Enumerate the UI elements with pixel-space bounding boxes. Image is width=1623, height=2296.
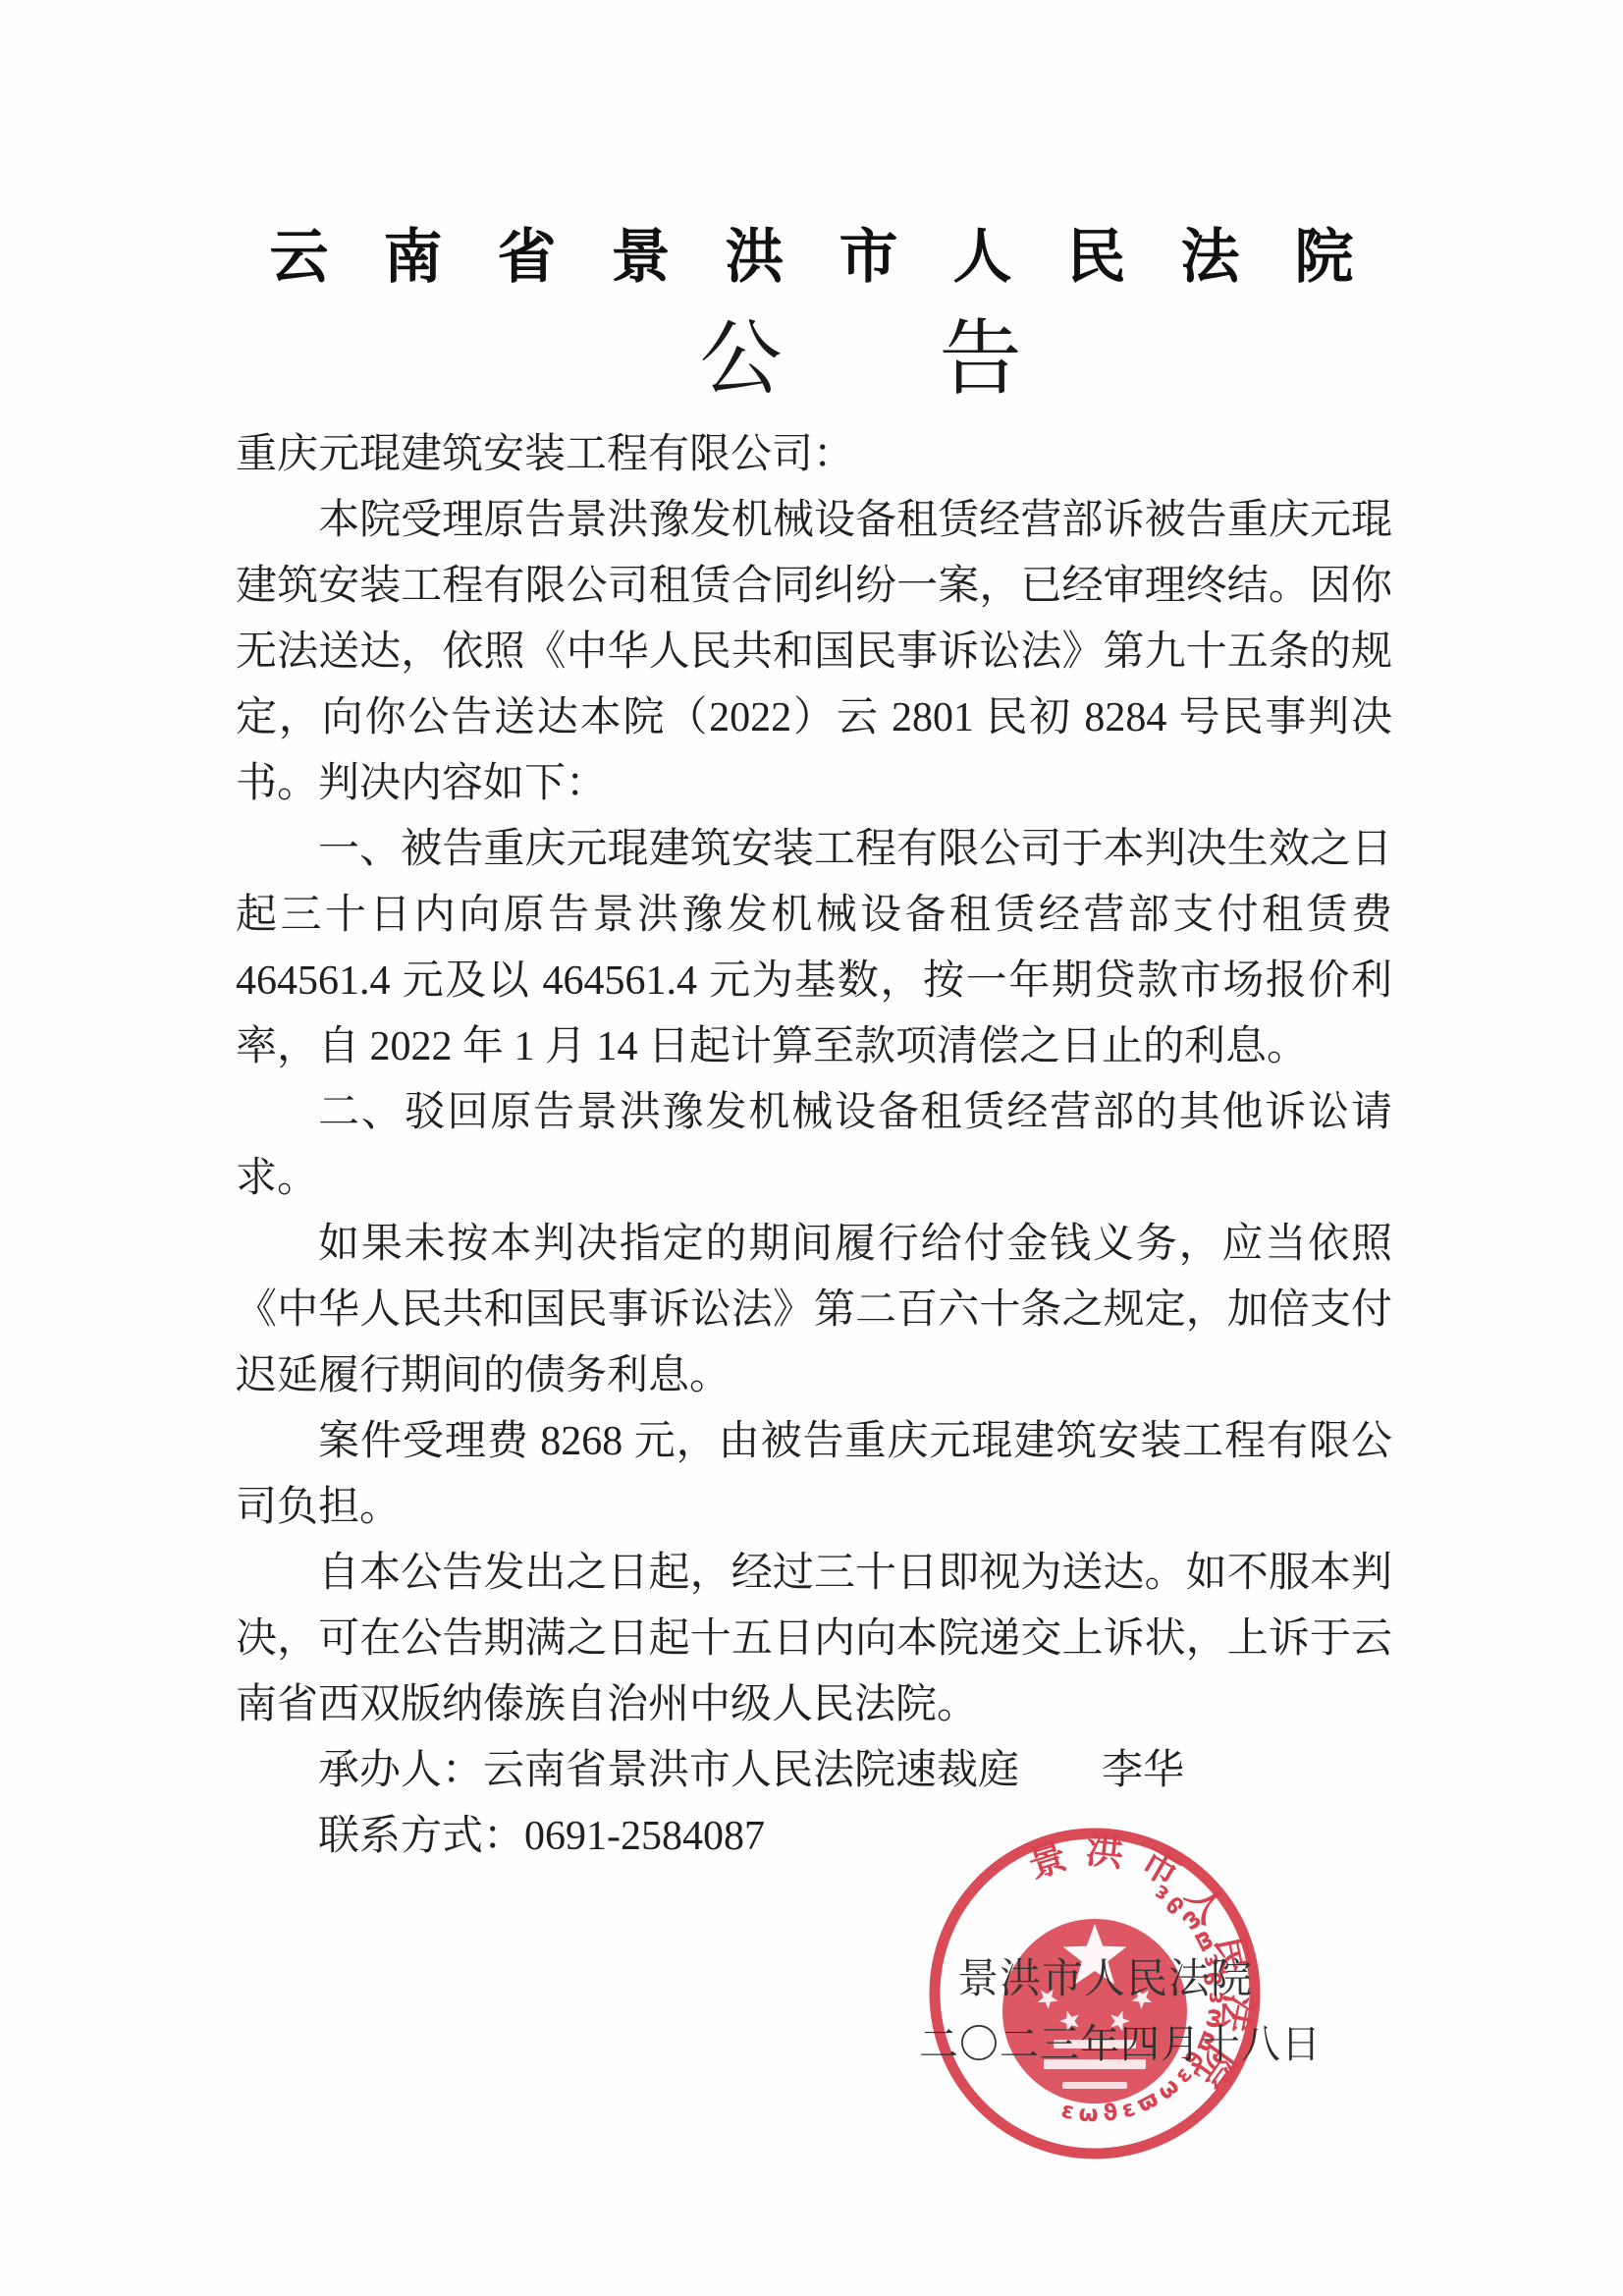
body-paragraph: 如果未按本判决指定的期间履行给付金钱义务，应当依照《中华人民共和国民事诉讼法》第… xyxy=(236,1212,1392,1409)
emblem-band xyxy=(1062,2082,1127,2089)
body-paragraph: 案件受理费 8268 元，由被告重庆元琨建筑安装工程有限公司负担。 xyxy=(236,1409,1392,1541)
page-title: 云南省景洪市人民法院 xyxy=(0,210,1623,295)
announcement-body: 重庆元琨建筑安装工程有限公司： 本院受理原告景洪豫发机械设备租赁经营部诉被告重庆… xyxy=(236,422,1392,1870)
salutation-line: 重庆元琨建筑安装工程有限公司： xyxy=(236,422,1392,488)
seal-court-name: 景洪市人民法院 xyxy=(957,1946,1271,2005)
undertaker-line: 承办人：云南省景洪市人民法院速裁庭 李华 xyxy=(236,1738,1392,1804)
body-paragraph: 本院受理原告景洪豫发机械设备租赁经营部诉被告重庆元琨建筑安装工程有限公司租赁合同… xyxy=(236,488,1392,817)
body-paragraph: 二、驳回原告景洪豫发机械设备租赁经营部的其他诉讼请求。 xyxy=(236,1080,1392,1212)
body-paragraph: 自本公告发出之日起，经过三十日即视为送达。如不服本判决，可在公告期满之日起十五日… xyxy=(236,1541,1392,1738)
seal-date: 二〇二三年四月十八日 xyxy=(919,2013,1331,2069)
announcement-page: 云南省景洪市人民法院 公告 重庆元琨建筑安装工程有限公司： 本院受理原告景洪豫发… xyxy=(0,0,1623,2296)
body-paragraph: 一、被告重庆元琨建筑安装工程有限公司于本判决生效之日起三十日内向原告景洪豫发机械… xyxy=(236,817,1392,1080)
doc-title: 公告 xyxy=(49,293,1623,411)
paragraph-list: 本院受理原告景洪豫发机械设备租赁经营部诉被告重庆元琨建筑安装工程有限公司租赁合同… xyxy=(236,488,1392,1738)
